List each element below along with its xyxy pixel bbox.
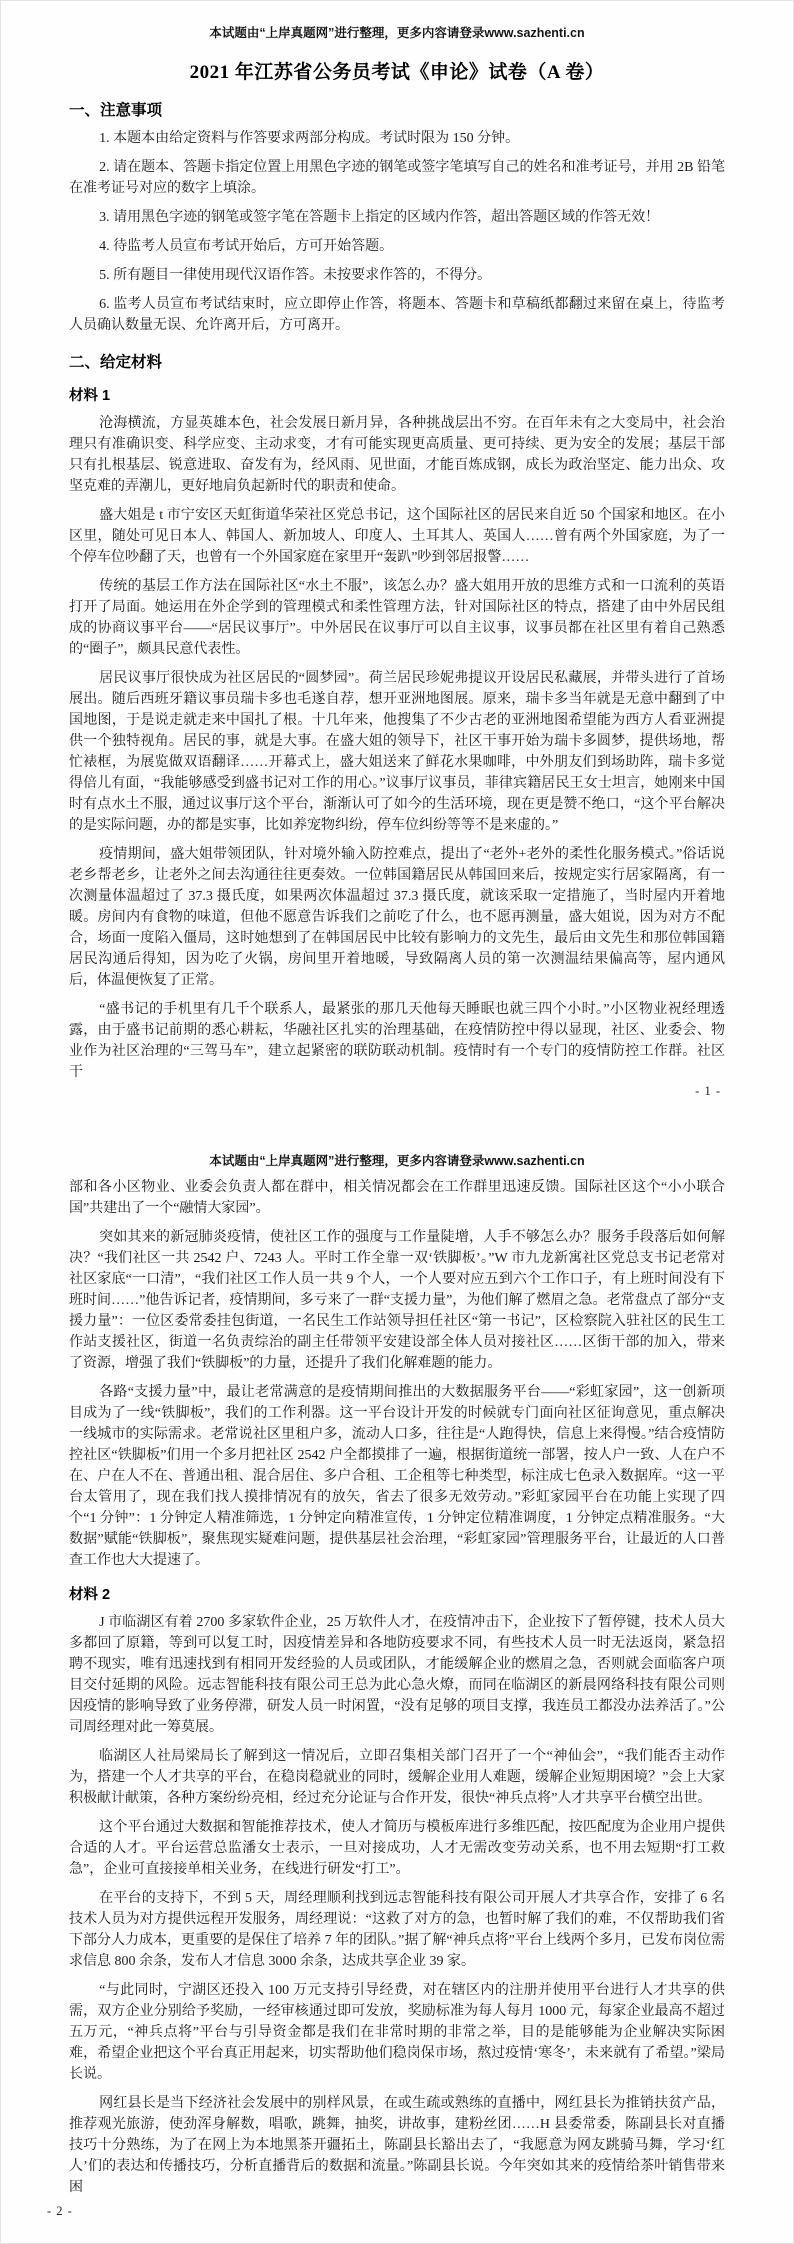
notice-item: 3. 请用黑色字迹的钢笔或签字笔在答题卡上指定的区域内作答，超出答题区域的作答无… — [69, 207, 725, 228]
exam-document: 本试题由“上岸真题网”进行整理，更多内容请登录www.sazhenti.cn 2… — [0, 0, 794, 2244]
material-1-heading: 材料 1 — [69, 384, 725, 405]
page-2: 本试题由“上岸真题网”进行整理，更多内容请登录www.sazhenti.cn 部… — [1, 1131, 793, 2243]
notice-item: 1. 本题本由给定资料与作答要求两部分构成。考试时限为 150 分钟。 — [69, 128, 725, 149]
body-paragraph: 在平台的支持下，不到 5 天，周经理顺利找到远志智能科技有限公司开展人才共享合作… — [69, 1888, 725, 1972]
body-paragraph: 疫情期间，盛大姐带领团队，针对境外输入防控难点，提出了“老外+老外的柔性化服务模… — [69, 844, 725, 991]
site-watermark-header: 本试题由“上岸真题网”进行整理，更多内容请登录www.sazhenti.cn — [69, 1131, 725, 1169]
section-heading-notices: 一、注意事项 — [69, 98, 725, 120]
page-1: 本试题由“上岸真题网”进行整理，更多内容请登录www.sazhenti.cn 2… — [1, 1, 793, 1131]
body-paragraph: 居民议事厅很快成为社区居民的“圆梦园”。荷兰居民珍妮弗提议开设居民私藏展，并带头… — [69, 668, 725, 836]
body-paragraph: 突如其来的新冠肺炎疫情，使社区工作的强度与工作量陡增，人手不够怎么办？服务手段落… — [69, 1227, 725, 1374]
page-number: - 2 - — [47, 2204, 73, 2219]
section-heading-materials: 二、给定材料 — [69, 350, 725, 372]
notice-item: 6. 监考人员宣布考试结束时，应立即停止作答，将题本、答题卡和草稿纸都翻过来留在… — [69, 294, 725, 336]
notice-item: 4. 待监考人员宣布考试开始后，方可开始答题。 — [69, 236, 725, 257]
site-watermark-header: 本试题由“上岸真题网”进行整理，更多内容请登录www.sazhenti.cn — [69, 1, 725, 41]
body-paragraph: “盛书记的手机里有几千个联系人，最紧张的那几天他每天睡眠也就三四个小时。”小区物… — [69, 999, 725, 1083]
body-paragraph: 网红县长是当下经济社会发展中的别样风景，在或生疏或熟练的直播中，网红县长为推销扶… — [69, 2093, 725, 2198]
body-paragraph: 传统的基层工作方法在国际社区“水土不服”，该怎么办？盛大姐用开放的思维方式和一口… — [69, 576, 725, 660]
body-paragraph: 这个平台通过大数据和智能推荐技术，使人才简历与模板库进行多维匹配，按匹配度为企业… — [69, 1817, 725, 1880]
exam-title: 2021 年江苏省公务员考试《申论》试卷（A 卷） — [69, 57, 725, 84]
body-paragraph: 盛大姐是 t 市宁安区天虹街道华荣社区党总书记，这个国际社区的居民来自近 50 … — [69, 505, 725, 568]
body-paragraph: J 市临湖区有着 2700 多家软件企业，25 万软件人才，在疫情冲击下，企业按… — [69, 1612, 725, 1738]
body-paragraph-continuation: 部和各小区物业、业委会负责人都在群中，相关情况都会在工作群里迅速反馈。国际社区这… — [69, 1177, 725, 1219]
body-paragraph: 沧海横流，方显英雄本色，社会发展日新月异，各种挑战层出不穷。在百年未有之大变局中… — [69, 413, 725, 497]
body-paragraph: 各路“支援力量”中，最让老常满意的是疫情期间推出的大数据服务平台——“彩虹家园”… — [69, 1382, 725, 1571]
body-paragraph: 临湖区人社局梁局长了解到这一情况后，立即召集相关部门召开了一个“神仙会”，“我们… — [69, 1746, 725, 1809]
notice-item: 5. 所有题目一律使用现代汉语作答。未按要求作答的，不得分。 — [69, 265, 725, 286]
material-2-heading: 材料 2 — [69, 1583, 725, 1604]
body-paragraph: “与此同时，宁湖区还投入 100 万元支持引导经费，对在辖区内的注册并使用平台进… — [69, 1980, 725, 2085]
page-number: - 1 - — [695, 1084, 721, 1099]
notice-item: 2. 请在题本、答题卡指定位置上用黑色字迹的钢笔或签字笔填写自己的姓名和准考证号… — [69, 157, 725, 199]
